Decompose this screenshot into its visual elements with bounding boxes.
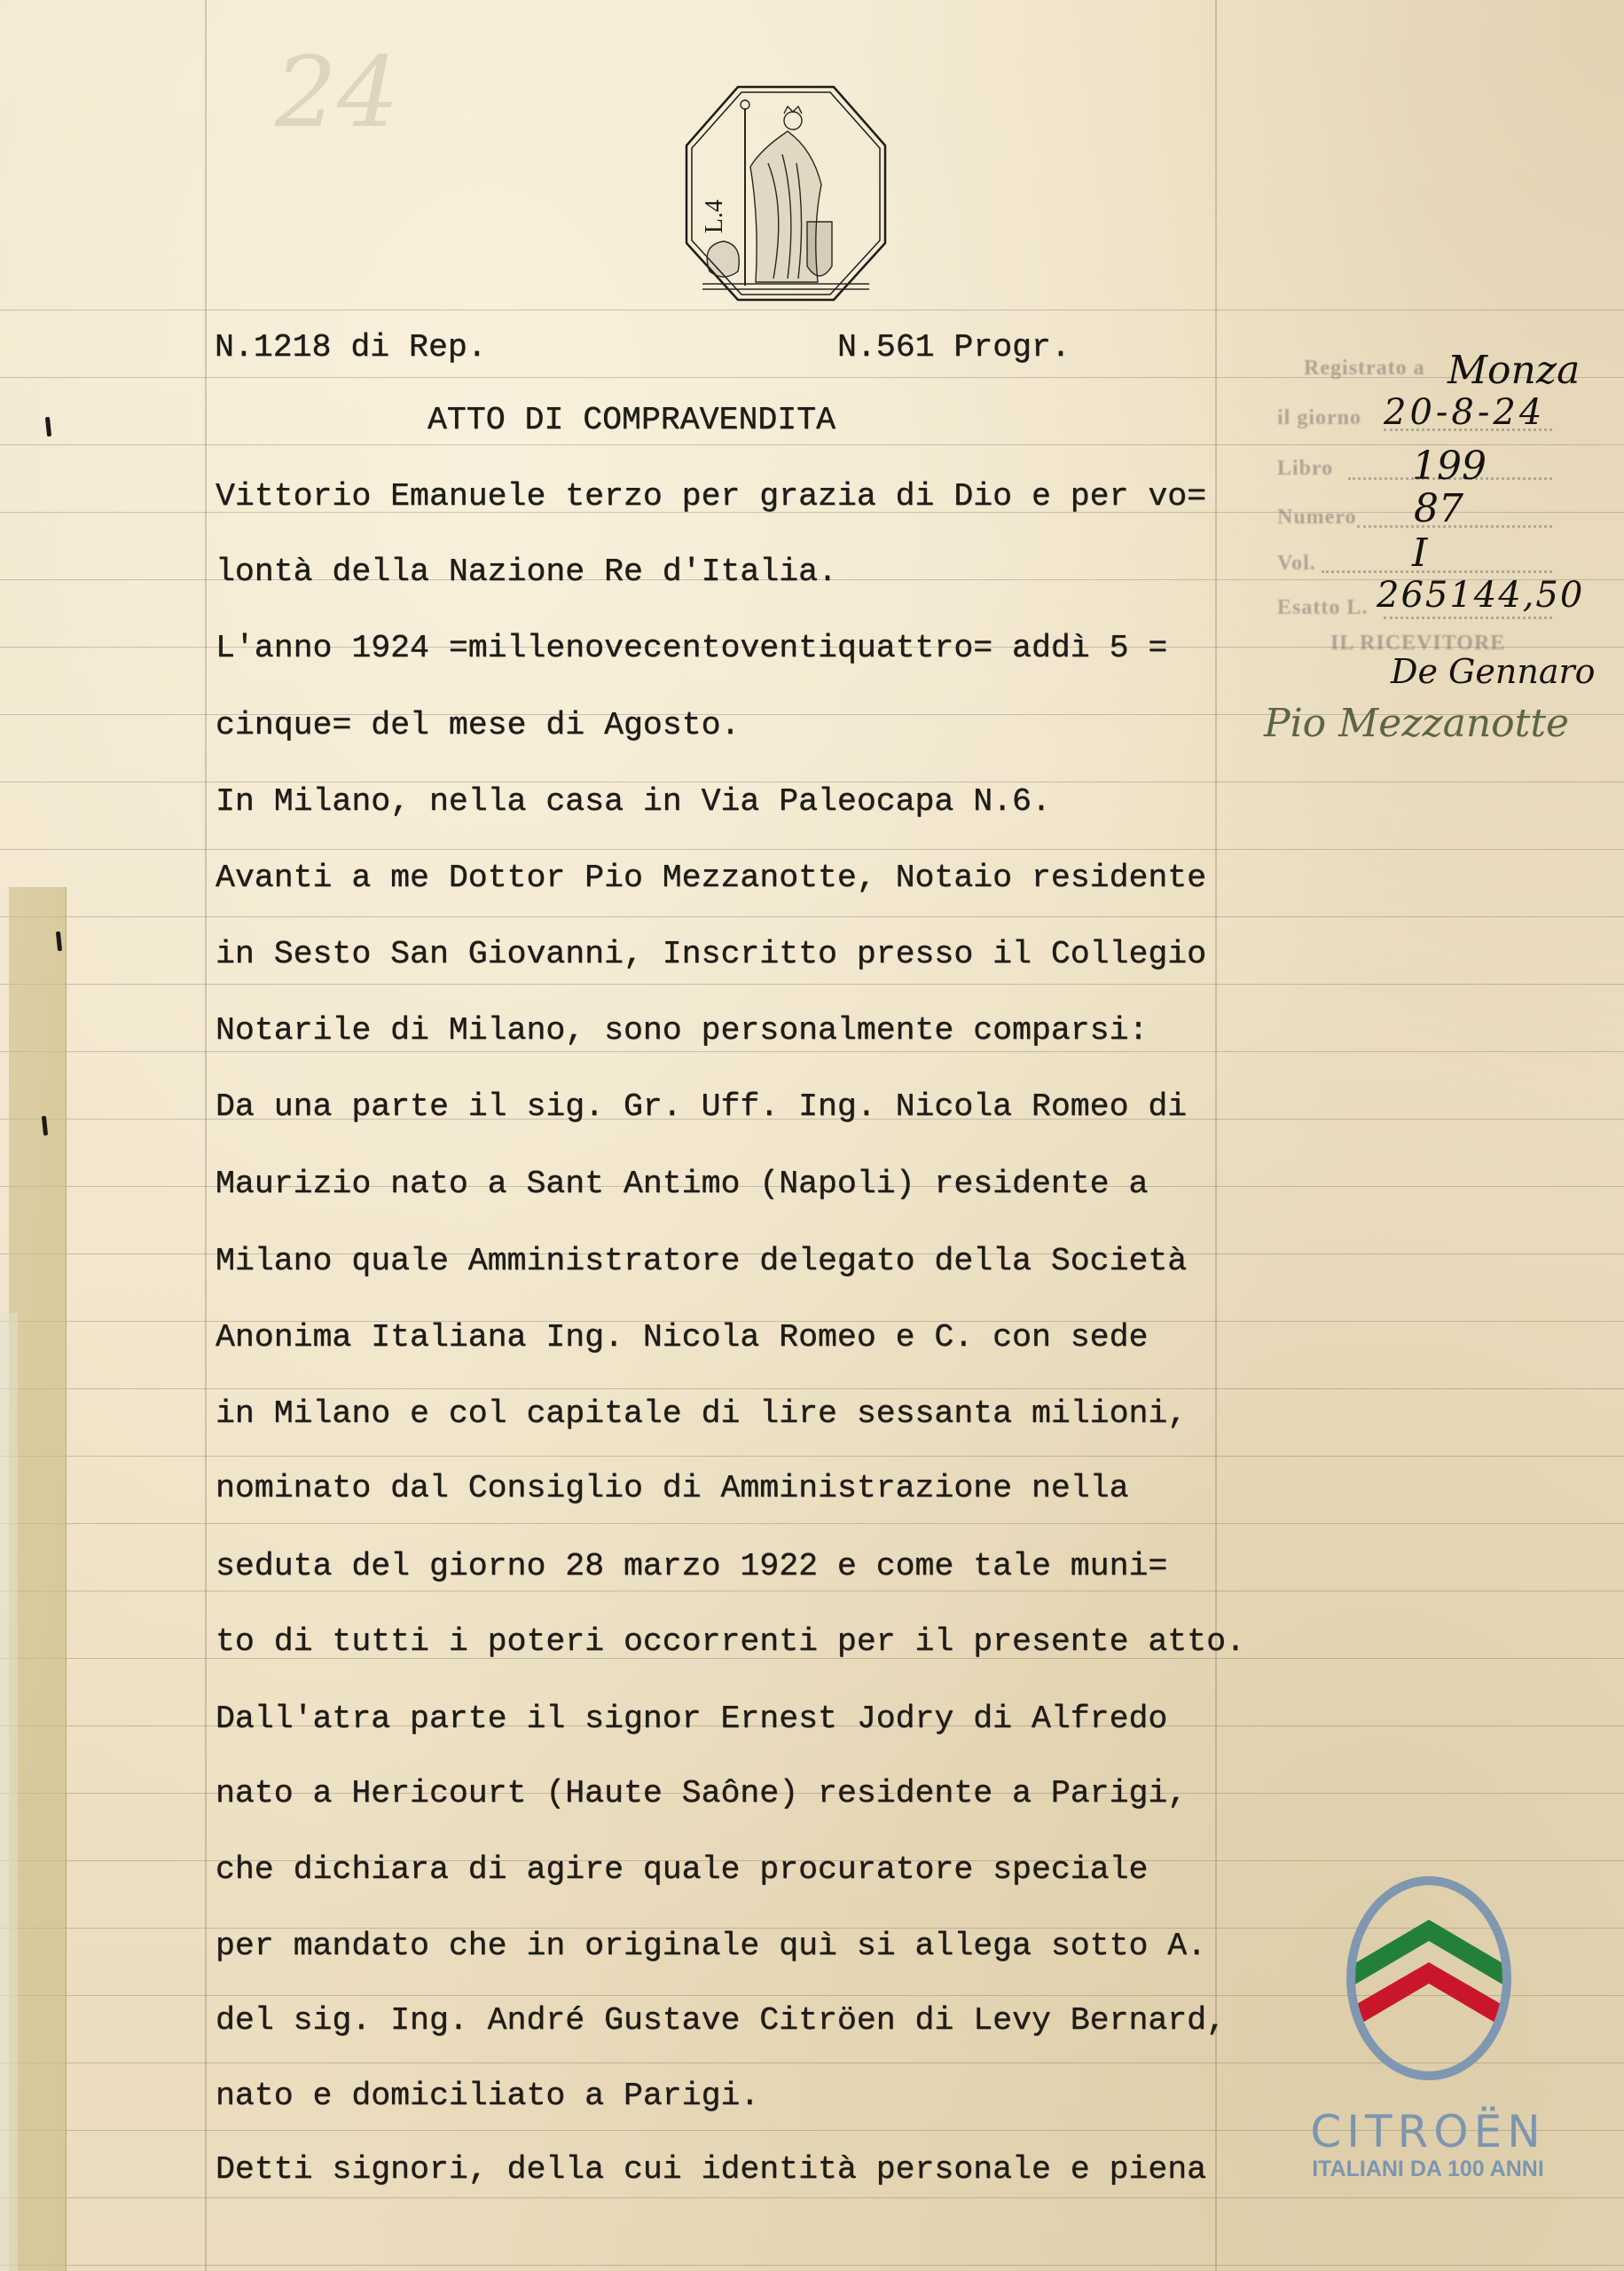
handwritten-place: Monza [1447, 348, 1580, 393]
stamp-dotted-line [1322, 570, 1552, 573]
progressive-number: N.561 Progr. [837, 332, 1071, 365]
notary-signature: Pio Mezzanotte [1264, 701, 1569, 746]
handwritten-receiver: De Gennaro [1391, 652, 1596, 691]
body-line: del sig. Ing. André Gustave Citröen di L… [216, 2005, 1226, 2038]
handwritten-libro: 199 [1412, 444, 1487, 489]
body-line: in Milano e col capitale di lire sessant… [216, 1398, 1187, 1431]
handwritten-numero: 87 [1414, 486, 1463, 531]
document-title: ATTO DI COMPRAVENDITA [428, 405, 836, 437]
body-line: nato e domiciliato a Parigi. [216, 2080, 759, 2113]
body-line: Notarile di Milano, sono personalmente c… [216, 1015, 1148, 1048]
svg-text:L.4: L.4 [701, 200, 728, 233]
pencil-note: 24 [275, 35, 399, 149]
body-line: Avanti a me Dottor Pio Mezzanotte, Notai… [216, 862, 1206, 895]
body-line: nominato dal Consiglio di Amministrazion… [216, 1473, 1128, 1505]
body-line: Anonima Italiana Ing. Nicola Romeo e C. … [216, 1322, 1148, 1355]
stamp-label: il giorno [1277, 406, 1361, 430]
citroen-double-chevron-icon [1345, 1874, 1513, 2083]
stamp-label: Vol. [1277, 552, 1316, 576]
repertory-number: N.1218 di Rep. [215, 332, 487, 365]
body-line: Maurizio nato a Sant Antimo (Napoli) res… [216, 1168, 1148, 1201]
body-line: Da una parte il sig. Gr. Uff. Ing. Nicol… [216, 1091, 1187, 1124]
handwritten-vol: I [1412, 530, 1427, 576]
right-margin-line [1215, 0, 1217, 2271]
body-line: in Sesto San Giovanni, Inscritto presso … [216, 939, 1206, 971]
brand-name: CITROËN [1291, 2110, 1565, 2154]
body-line: lontà della Nazione Re d'Italia. [216, 556, 837, 589]
revenue-stamp-emblem: L.4 [683, 83, 889, 303]
tape-edge [0, 1313, 18, 2271]
body-line: per mandato che in originale quì si alle… [216, 1930, 1206, 1963]
body-line: In Milano, nella casa in Via Paleocapa N… [216, 786, 1051, 819]
handwritten-date: 20-8-24 [1384, 392, 1545, 433]
stamp-label: Numero [1277, 506, 1357, 530]
body-line: Milano quale Amministratore delegato del… [216, 1246, 1187, 1278]
body-line: seduta del giorno 28 marzo 1922 e come t… [216, 1551, 1167, 1583]
body-line: Dall'atra parte il signor Ernest Jodry d… [216, 1703, 1167, 1736]
handwritten-amount: 265144,50 [1377, 575, 1584, 616]
brand-tagline: ITALIANI DA 100 ANNI [1277, 2158, 1579, 2181]
stamp-dotted-line [1384, 617, 1552, 619]
body-line: L'anno 1924 =millenovecentoventiquattro=… [216, 633, 1167, 665]
body-line: Detti signori, della cui identità person… [216, 2154, 1206, 2187]
stamp-label: Libro [1277, 457, 1333, 481]
body-line: to di tutti i poteri occorrenti per il p… [216, 1626, 1245, 1659]
left-margin-line [205, 0, 207, 2271]
body-line: Vittorio Emanuele terzo per grazia di Di… [216, 481, 1206, 514]
stamp-label: Esatto L. [1277, 596, 1368, 620]
body-line: cinque= del mese di Agosto. [216, 710, 740, 743]
body-line: nato a Hericourt (Haute Saône) residente… [216, 1778, 1187, 1811]
stamp-label: Registrato a [1304, 357, 1425, 381]
body-line: che dichiara di agire quale procuratore … [216, 1854, 1148, 1887]
